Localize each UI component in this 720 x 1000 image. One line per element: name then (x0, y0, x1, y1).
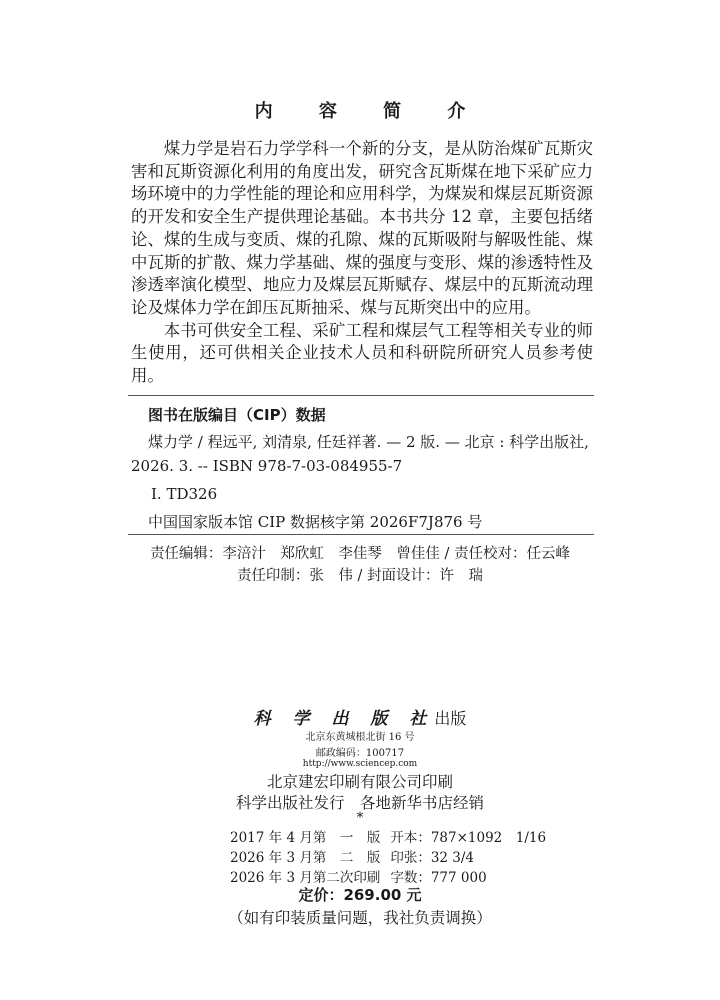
summary-paragraph-2: 本书可供安全工程、采矿工程和煤层气工程等相关专业的师生使用，还可供相关企业技术人… (131, 320, 593, 388)
edition-date: 2026 年 3 月第 二 版 (230, 850, 380, 866)
credits-line-2: 责任印制：张 伟 / 封面设计：许 瑞 (0, 566, 720, 586)
quality-notice: （如有印装质量问题，我社负责调换） (0, 906, 720, 928)
cip-top-rule (128, 395, 594, 396)
publisher-name-suffix: 出版 (434, 709, 466, 728)
cip-number: 中国国家版本馆 CIP 数据核字第 2026F7J876 号 (148, 511, 482, 532)
page-title: 内 容 简 介 (0, 97, 720, 123)
printer-info: 北京建宏印刷有限公司印刷 (0, 770, 720, 792)
publisher-imprint: 科 学 出 版 社出版 (0, 704, 720, 729)
cip-line-2: 2026. 3. -- ISBN 978-7-03-084955-7 (131, 457, 402, 475)
edition-spec: 开本：787×1092 1/16 (390, 830, 546, 846)
edition-row: 2026 年 3 月第 二 版印张：32 3/4 (230, 846, 474, 866)
cip-bottom-rule (128, 534, 594, 535)
summary-body: 煤力学是岩石力学学科一个新的分支，是从防治煤矿瓦斯灾害和瓦斯资源化利用的角度出发… (131, 138, 593, 388)
cip-line-1: 煤力学 / 程远平, 刘清泉, 任廷祥著. — 2 版. — 北京 : 科学出版… (148, 431, 589, 452)
edition-spec: 印张：32 3/4 (390, 850, 474, 866)
publisher-url: http://www.sciencep.com (0, 759, 720, 769)
price: 定价：269.00 元 (0, 884, 720, 905)
edition-date: 2017 年 4 月第 一 版 (230, 830, 380, 846)
publisher-name: 科 学 出 版 社 (254, 709, 435, 729)
cip-classification: Ⅰ. TD326 (151, 485, 217, 503)
credits-line-1: 责任编辑：李涪汁 郑欣虹 李佳琴 曾佳佳 / 责任校对：任云峰 (0, 544, 720, 564)
cip-heading: 图书在版编目（CIP）数据 (148, 404, 326, 425)
publisher-postcode: 邮政编码：100717 (0, 744, 720, 759)
separator-asterisk: * (0, 810, 720, 826)
edition-row: 2017 年 4 月第 一 版开本：787×1092 1/16 (230, 826, 546, 846)
publisher-address: 北京东黄城根北街 16 号 (0, 728, 720, 743)
edition-row: 2026 年 3 月第二次印刷字数：777 000 (230, 866, 487, 886)
summary-paragraph-1: 煤力学是岩石力学学科一个新的分支，是从防治煤矿瓦斯灾害和瓦斯资源化利用的角度出发… (131, 138, 593, 320)
